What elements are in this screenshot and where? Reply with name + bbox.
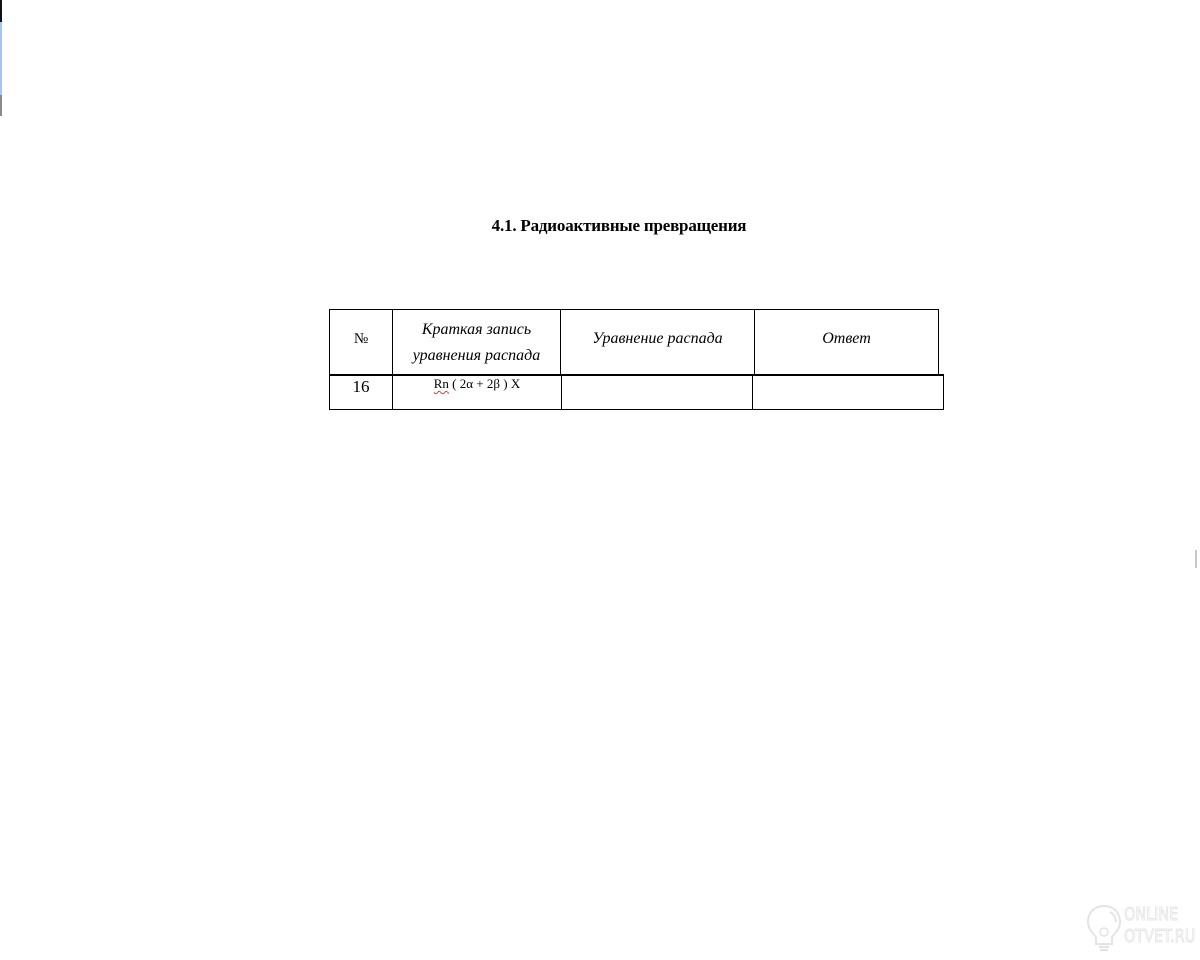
window-edge-marker-gray <box>0 95 2 116</box>
table-cell-answer[interactable] <box>752 375 944 410</box>
table-cell-short-record[interactable]: Rn ( 2α + 2β ) X <box>392 375 562 410</box>
watermark-text: ONLINE OTVET.RU <box>1124 904 1195 948</box>
header-number-label: № <box>354 326 368 352</box>
selection-edge-marker <box>0 22 2 95</box>
watermark-line1: ONLINE <box>1124 904 1195 926</box>
watermark: ONLINE OTVET.RU <box>1086 904 1198 954</box>
lightbulb-icon <box>1086 904 1122 954</box>
scrollbar-thumb[interactable] <box>1195 550 1197 568</box>
header-short-record: Краткая запись уравнения распада <box>392 309 561 376</box>
header-answer: Ответ <box>754 309 939 376</box>
header-number: № <box>329 309 393 376</box>
header-equation: Уравнение распада <box>560 309 755 376</box>
section-heading: 4.1. Радиоактивные превращения <box>0 216 1200 236</box>
window-edge-marker <box>0 0 2 22</box>
decay-notation: ( 2α + 2β ) X <box>449 376 520 392</box>
table-cell-number[interactable]: 16 <box>329 375 393 410</box>
element-symbol: Rn <box>434 376 449 392</box>
table-cell-equation[interactable] <box>561 375 753 410</box>
header-answer-label: Ответ <box>822 326 871 352</box>
header-short-record-label: Краткая запись уравнения распада <box>393 317 560 369</box>
watermark-line2: OTVET.RU <box>1124 926 1195 948</box>
header-equation-label: Уравнение распада <box>592 326 722 352</box>
